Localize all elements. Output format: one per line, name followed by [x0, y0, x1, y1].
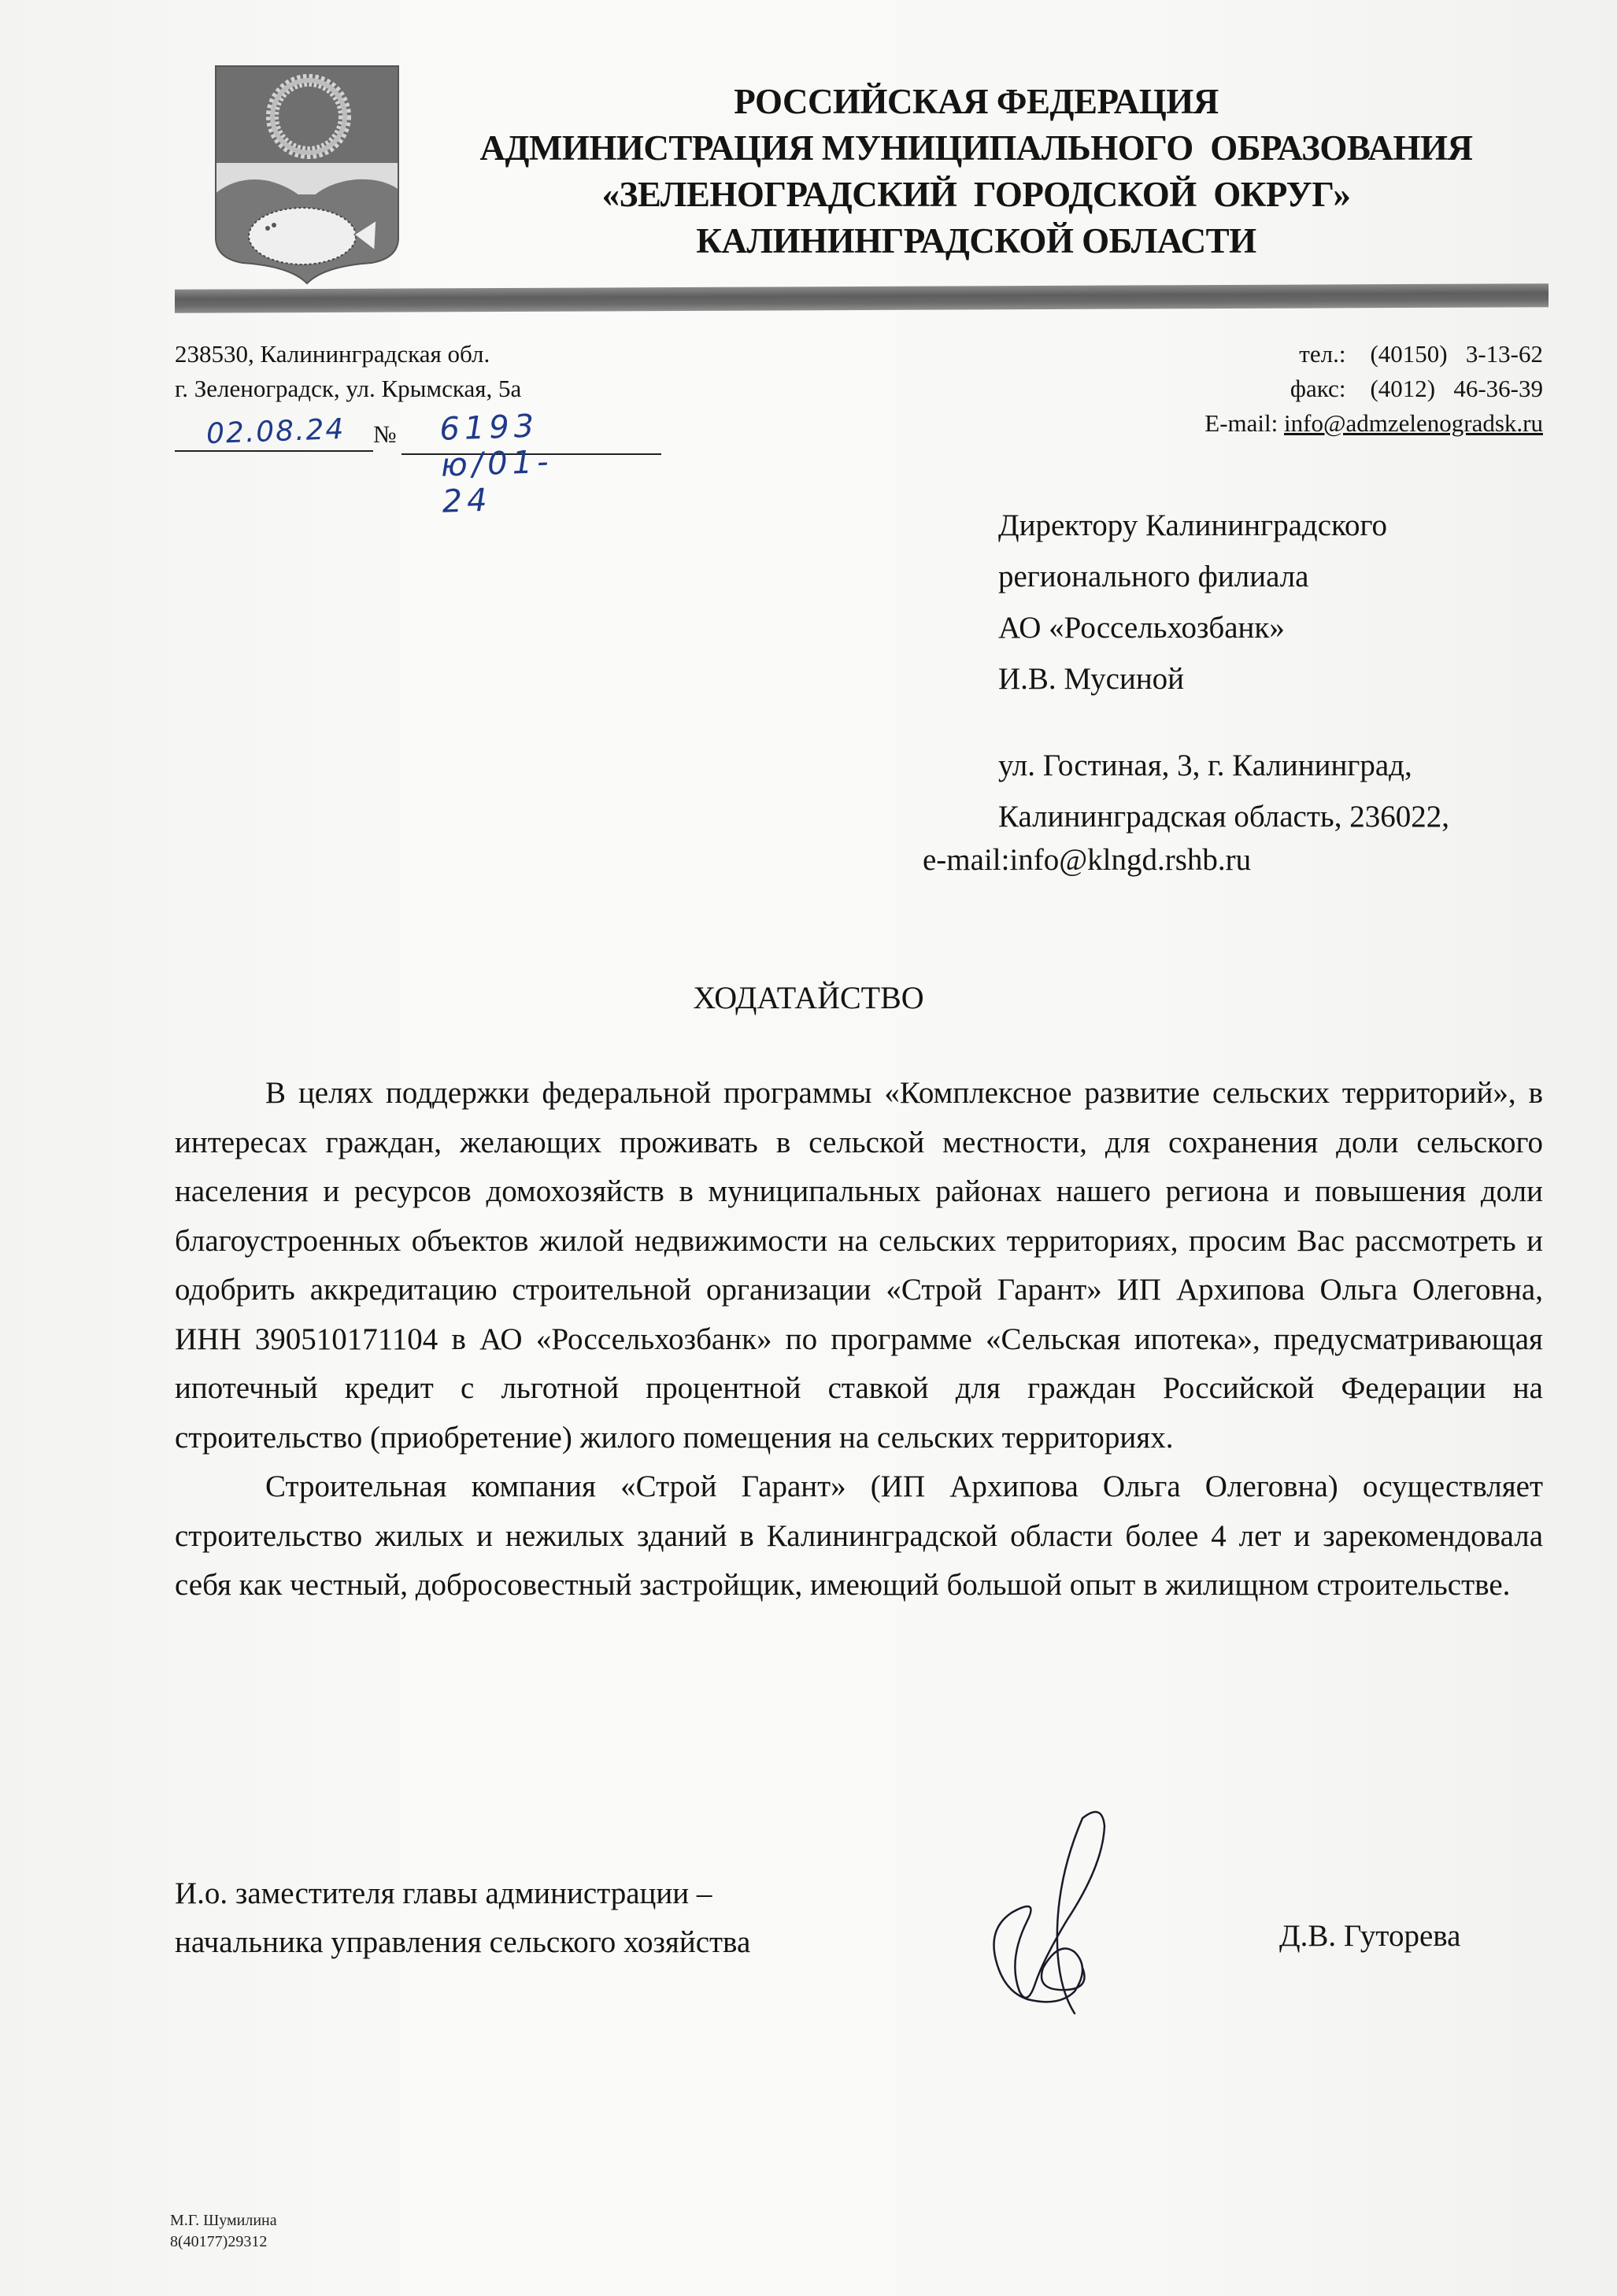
fax-row: факс: (4012) 46-36-39	[1204, 372, 1543, 406]
header-line: «ЗЕЛЕНОГРАДСКИЙ ГОРОДСКОЙ ОКРУГ»	[425, 172, 1527, 218]
addressee-line: Директору Калининградского	[998, 500, 1387, 551]
sender-address-line: 238530, Калининградская обл.	[175, 337, 521, 372]
signatory-name: Д.В. Гуторева	[1279, 1918, 1460, 1954]
handwritten-date: 02.08.24	[205, 413, 346, 450]
sender-address: 238530, Калининградская обл. г. Зеленогр…	[175, 337, 521, 406]
handwritten-signature-icon	[964, 1802, 1138, 2015]
header-divider	[175, 283, 1549, 313]
addressee-email: e-mail:info@klngd.rshb.ru	[923, 841, 1251, 880]
signatory-position-line: И.о. заместителя главы администрации –	[175, 1869, 750, 1918]
signatory-position: И.о. заместителя главы администрации – н…	[175, 1869, 750, 1967]
handwritten-reg-number: 6193 ю/01-24	[439, 407, 569, 519]
header-line: АДМИНИСТРАЦИЯ МУНИЦИПАЛЬНОГО ОБРАЗОВАНИЯ	[425, 125, 1527, 172]
body-paragraph: Строительная компания «Строй Гарант» (ИП…	[175, 1462, 1543, 1610]
header-line: РОССИЙСКАЯ ФЕДЕРАЦИЯ	[425, 79, 1527, 125]
phone-number: 3-13-62	[1466, 340, 1543, 368]
executor-name: М.Г. Шумилина	[170, 2210, 277, 2231]
addressee-block: Директору Калининградского регионального…	[998, 500, 1387, 704]
email-label: E-mail:	[1204, 409, 1278, 437]
sender-email-link[interactable]: info@admzelenogradsk.ru	[1284, 409, 1543, 437]
header-line: КАЛИНИНГРАДСКОЙ ОБЛАСТИ	[425, 218, 1527, 264]
sender-contacts: тел.: (40150) 3-13-62 факс: (4012) 46-36…	[1204, 337, 1543, 441]
addressee-address: ул. Гостиная, 3, г. Калининград, Калинин…	[998, 740, 1449, 842]
document-title: ХОДАТАЙСТВО	[0, 979, 1617, 1016]
executor-info: М.Г. Шумилина 8(40177)29312	[170, 2210, 277, 2253]
addressee-line: АО «Россельхозбанк»	[998, 602, 1387, 653]
body-paragraph: В целях поддержки федеральной программы …	[175, 1069, 1543, 1462]
sender-address-line: г. Зеленоградск, ул. Крымская, 5а	[175, 372, 521, 406]
fax-code: (4012)	[1370, 375, 1435, 402]
fax-number: 46-36-39	[1453, 375, 1543, 402]
addressee-line: регионального филиала	[998, 551, 1387, 602]
addressee-line: И.В. Мусиной	[998, 653, 1387, 704]
signatory-position-line: начальника управления сельского хозяйств…	[175, 1918, 750, 1967]
fax-label: факс:	[1290, 375, 1346, 402]
organization-header: РОССИЙСКАЯ ФЕДЕРАЦИЯ АДМИНИСТРАЦИЯ МУНИЦ…	[425, 79, 1527, 264]
date-underline	[175, 450, 373, 452]
registration-line: 02.08.24 № 6193 ю/01-24	[0, 416, 567, 455]
executor-phone: 8(40177)29312	[170, 2231, 277, 2253]
phone-row: тел.: (40150) 3-13-62	[1204, 337, 1543, 372]
letter-page: РОССИЙСКАЯ ФЕДЕРАЦИЯ АДМИНИСТРАЦИЯ МУНИЦ…	[0, 0, 1617, 2296]
addressee-address-line: Калининградская область, 236022,	[998, 791, 1449, 842]
email-row: E-mail: info@admzelenogradsk.ru	[1204, 406, 1543, 441]
phone-label: тел.:	[1299, 340, 1345, 368]
addressee-address-line: ул. Гостиная, 3, г. Калининград,	[998, 740, 1449, 791]
letter-body: В целях поддержки федеральной программы …	[175, 1069, 1543, 1610]
coat-of-arms-icon	[214, 65, 400, 285]
phone-code: (40150)	[1370, 340, 1447, 368]
number-sign: №	[373, 420, 397, 449]
